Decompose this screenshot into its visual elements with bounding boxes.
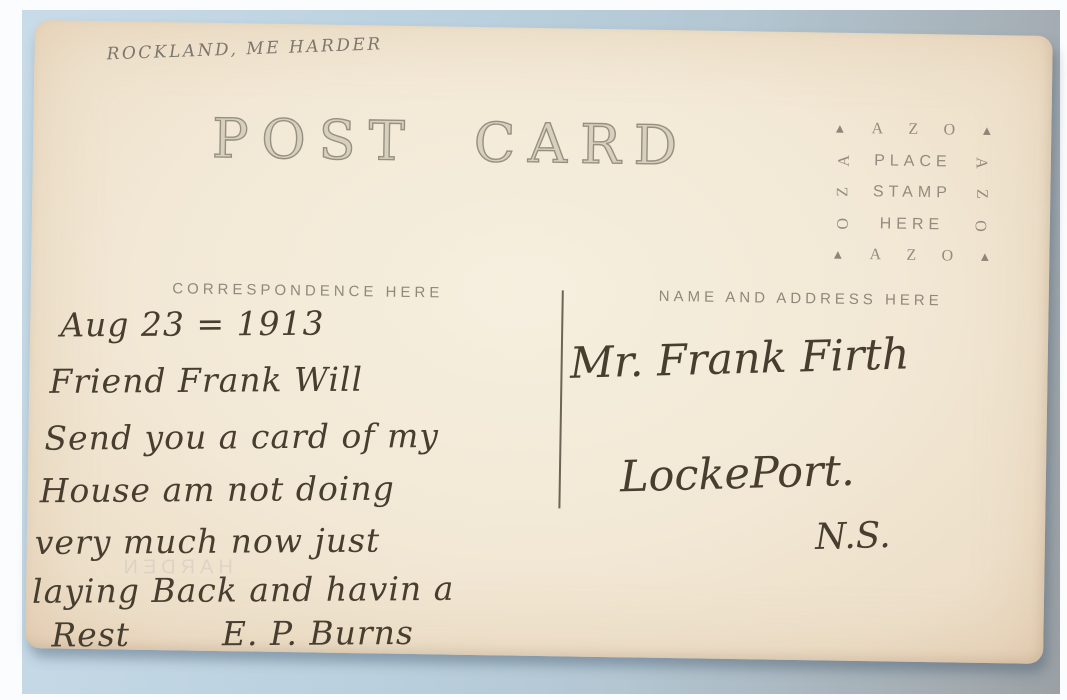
- stamp-box-bottom-row: ▲ A Z O ▲: [831, 241, 991, 272]
- postcard-title: POST CARD: [201, 107, 702, 178]
- center-divider: [558, 290, 563, 508]
- stamp-corner-triangle-icon: ▲: [831, 247, 844, 263]
- stamp-letter-z: Z: [906, 247, 916, 265]
- message-line: laying Back and havin a: [32, 569, 455, 611]
- stamp-label-stamp: STAMP: [873, 183, 952, 202]
- stamp-letter-o: O: [941, 247, 953, 265]
- stamp-box-row-stamp: Z STAMP Z: [832, 178, 992, 209]
- name-address-header: NAME AND ADDRESS HERE: [631, 287, 971, 309]
- message-line: Send you a card of my: [44, 416, 439, 458]
- stamp-label-here: HERE: [880, 215, 945, 234]
- stamp-letter-a: A: [869, 246, 881, 264]
- stamp-letter-o: O: [943, 121, 955, 139]
- message-line: Friend Frank Will: [49, 360, 363, 401]
- stamp-letter-a: A: [871, 120, 883, 138]
- postcard-back: ROCKLAND, ME HARDER POST CARD ▲ A Z O ▲ …: [25, 20, 1053, 664]
- message-line: Aug 23 = 1913: [60, 304, 325, 345]
- stamp-box-row-place: A PLACE A: [833, 146, 993, 177]
- address-line-name: Mr. Frank Firth: [569, 329, 910, 388]
- postcard-photo: ROCKLAND, ME HARDER POST CARD ▲ A Z O ▲ …: [0, 0, 1067, 700]
- pencil-annotation: ROCKLAND, ME HARDER: [106, 34, 383, 64]
- stamp-letter-a: A: [836, 154, 854, 166]
- stamp-corner-triangle-icon: ▲: [978, 249, 991, 265]
- stamp-corner-triangle-icon: ▲: [833, 121, 846, 137]
- stamp-letter-o: O: [971, 219, 989, 231]
- ghost-stamp-text: HARDEN: [118, 556, 232, 579]
- stamp-letter-z: Z: [972, 189, 990, 199]
- stamp-letter-o: O: [835, 217, 853, 229]
- correspondence-header: CORRESPONDENCE HERE: [143, 280, 473, 302]
- stamp-letter-z: Z: [908, 121, 918, 139]
- address-line-province: N.S.: [814, 515, 891, 558]
- stamp-box-top-row: ▲ A Z O ▲: [833, 115, 993, 146]
- stamp-label-place: PLACE: [874, 152, 952, 171]
- stamp-box: ▲ A Z O ▲ A PLACE A Z STAMP Z O HERE O: [831, 115, 993, 271]
- stamp-letter-a: A: [972, 157, 990, 169]
- message-line: House am not doing: [40, 469, 395, 510]
- address-line-town: LockePort.: [619, 446, 855, 503]
- message-signature-line: Rest E. P. Burns: [51, 613, 414, 655]
- stamp-corner-triangle-icon: ▲: [980, 123, 993, 139]
- stamp-letter-z: Z: [834, 187, 852, 197]
- stamp-box-row-here: O HERE O: [832, 209, 992, 240]
